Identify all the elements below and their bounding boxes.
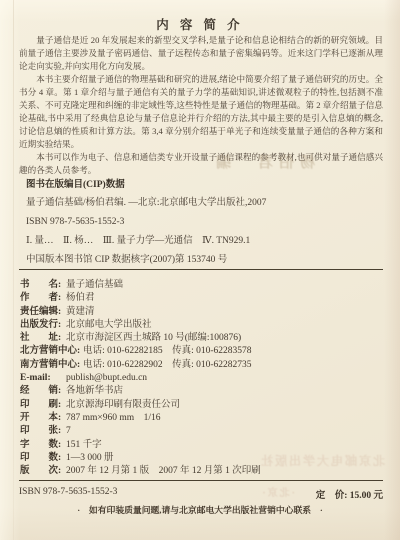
divider-bottom	[19, 480, 383, 481]
colophon-row-format: 开 本:787 mm×960 mm 1/16	[20, 412, 384, 425]
publication-info: 书 名:量子通信基础 作 者:杨伯君 责任编辑:黄建清 出版发行:北京邮电大学出…	[20, 279, 384, 478]
intro-paragraph-2: 本书主要介绍量子通信的物理基础和研究的进展,绪论中简要介绍了量子通信研究的历史。…	[19, 73, 383, 151]
row-label: 北方营销中心:	[20, 345, 80, 358]
row-value: 黄建清	[66, 306, 95, 319]
row-value: 北京邮电大学出版社	[66, 319, 152, 332]
row-label: 版 次:	[20, 465, 63, 478]
cip-classification-line: Ⅰ. 量… Ⅱ. 杨… Ⅲ. 量子力学—光通信 Ⅳ. TN929.1	[26, 235, 382, 247]
row-value: 北京源海印刷有限责任公司	[66, 399, 180, 412]
row-value: 各地新华书店	[66, 385, 123, 398]
colophon-row-book-title: 书 名:量子通信基础	[20, 279, 384, 292]
row-value: 7	[66, 425, 71, 438]
row-label: 作 者:	[20, 292, 63, 305]
row-label: 印 张:	[20, 425, 63, 438]
colophon-row-distribution: 经 销:各地新华书店	[20, 385, 384, 398]
content-summary: 量子通信是近 20 年发展起来的新型交叉学科,是量子论和信息论相结合的新的研究领…	[19, 34, 383, 177]
divider-top	[19, 269, 383, 270]
row-label: 印 刷:	[20, 399, 63, 412]
row-value: 电话: 010-62282902 传真: 010-62282735	[83, 359, 251, 372]
row-label: E-mail:	[20, 372, 63, 385]
quality-notice: · 如有印装质量问题,请与北京邮电大学出版社营销中心联系 ·	[0, 503, 400, 516]
intro-paragraph-3: 本书可以作为电子、信息和通信类专业开设量子通信课程的参考教材,也可供对量子通信感…	[19, 151, 383, 177]
row-label: 开 本:	[20, 412, 63, 425]
row-value: 电话: 010-62282185 传真: 010-62283578	[83, 345, 251, 358]
row-label: 社 址:	[20, 332, 63, 345]
colophon-row-north-marketing: 北方营销中心:电话: 010-62282185 传真: 010-62283578	[20, 345, 384, 358]
book-copyright-page: 内 容 简 介 量子通信是近 20 年发展起来的新型交叉学科,是量子论和信息论相…	[0, 0, 400, 540]
cip-isbn-line: ISBN 978-7-5635-1552-3	[26, 216, 382, 228]
row-value: 杨伯君	[66, 292, 95, 305]
colophon-row-author: 作 者:杨伯君	[20, 292, 384, 305]
colophon-row-publisher: 出版发行:北京邮电大学出版社	[20, 319, 384, 332]
cip-data-block: 图书在版编目(CIP)数据 量子通信基础/杨伯君编. —北京:北京邮电大学出版社…	[26, 179, 382, 271]
row-label: 责任编辑:	[20, 306, 63, 319]
colophon-row-email: E-mail:publish@bupt.edu.cn	[20, 372, 384, 385]
isbn-text: ISBN 978-7-5635-1552-3	[19, 487, 117, 501]
colophon-row-edition: 版 次:2007 年 12 月第 1 版 2007 年 12 月第 1 次印刷	[20, 465, 384, 478]
isbn-price-row: ISBN 978-7-5635-1552-3 定 价: 15.00 元	[19, 487, 383, 501]
colophon-row-address: 社 址:北京市海淀区西土城路 10 号(邮编:100876)	[20, 332, 384, 345]
price-text: 定 价: 15.00 元	[316, 487, 383, 501]
row-label: 出版发行:	[20, 319, 63, 332]
cip-heading: 图书在版编目(CIP)数据	[26, 179, 382, 191]
row-value: 1—3 000 册	[66, 452, 114, 465]
colophon-row-sheets: 印 张:7	[20, 425, 384, 438]
row-label: 印 数:	[20, 452, 63, 465]
colophon-row-south-marketing: 南方营销中心:电话: 010-62282902 传真: 010-62282735	[20, 359, 384, 372]
colophon-row-editor: 责任编辑:黄建清	[20, 306, 384, 319]
cip-title-line: 量子通信基础/杨伯君编. —北京:北京邮电大学出版社,2007	[26, 197, 382, 209]
row-value: 151 千字	[66, 439, 102, 452]
colophon-row-printer: 印 刷:北京源海印刷有限责任公司	[20, 399, 384, 412]
row-label: 南方营销中心:	[20, 359, 80, 372]
row-value: publish@bupt.edu.cn	[66, 372, 147, 385]
colophon-row-word-count: 字 数:151 千字	[20, 439, 384, 452]
row-value: 量子通信基础	[66, 279, 123, 292]
cip-record-number-line: 中国版本图书馆 CIP 数据核字(2007)第 153740 号	[26, 254, 382, 266]
content-summary-title: 内 容 简 介	[0, 15, 400, 33]
row-value: 2007 年 12 月第 1 版 2007 年 12 月第 1 次印刷	[66, 465, 261, 478]
row-label: 字 数:	[20, 439, 63, 452]
row-value: 787 mm×960 mm 1/16	[66, 412, 161, 425]
row-value: 北京市海淀区西土城路 10 号(邮编:100876)	[66, 332, 241, 345]
row-label: 书 名:	[20, 279, 63, 292]
colophon-row-print-run: 印 数:1—3 000 册	[20, 452, 384, 465]
intro-paragraph-1: 量子通信是近 20 年发展起来的新型交叉学科,是量子论和信息论相结合的新的研究领…	[19, 34, 383, 73]
page-edge-crease	[13, 0, 14, 540]
row-label: 经 销:	[20, 385, 63, 398]
